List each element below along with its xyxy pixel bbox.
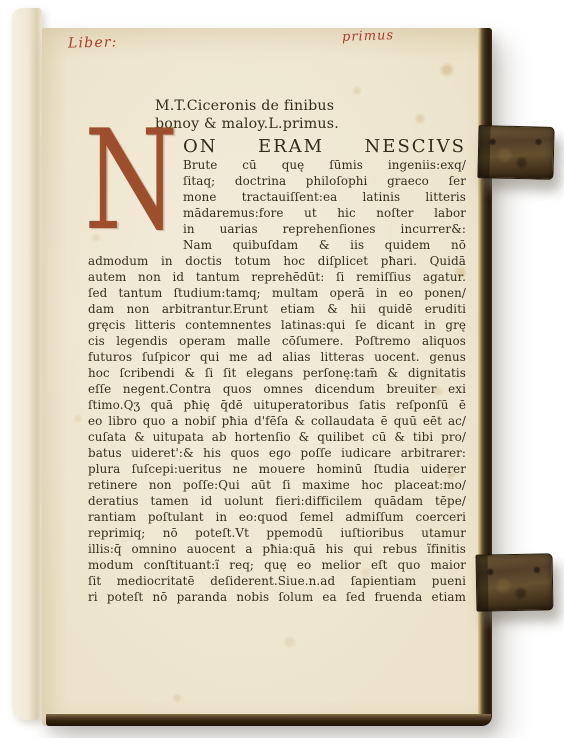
illuminated-initial: N: [84, 112, 178, 250]
curled-flyleaf-edge: [12, 8, 42, 720]
text-line: illis:q̄ omnino auocent a pħia:quā his q…: [88, 541, 466, 557]
chapter-title-line1: M.T.Ciceronis de finibus: [155, 98, 466, 116]
text-line: Brute cū quę ſūmis ingeniis:exq/: [183, 157, 466, 173]
text-line: mone tractauiſſent:ea latinis litteris: [183, 189, 466, 205]
chapter-title: M.T.Ciceronis de finibus bonoy & maloy.L…: [155, 98, 466, 133]
text-line: batus uideret':& his quos ego poſſe iudi…: [88, 445, 466, 461]
text-line: ſit mediocritatē deſiderent.Siue.n.ad ſa…: [88, 573, 466, 589]
text-line: in uarias reprehenſiones incurrer&:: [183, 221, 466, 237]
opening-lines-list: Brute cū quę ſūmis ingeniis:exq/ſitaq; d…: [183, 157, 466, 253]
text-line: eſſe negent.Contra quos omnes dicendum b…: [88, 381, 466, 397]
text-line: cis legendis operam malle cōſumere. Poſt…: [88, 333, 466, 349]
metal-clasp-top: [477, 125, 554, 180]
metal-clasp-bottom: [476, 553, 554, 611]
book-page: Liber: primus M.T.Ciceronis de finibus b…: [42, 28, 492, 726]
cover-bottom-edge: [46, 714, 491, 726]
text-line: ri poteſt nō paranda nobis ſolum ea ſed …: [88, 589, 466, 605]
text-line: reprimiq; nō poteſt.Vt ppemodū iuſtiorib…: [88, 525, 466, 541]
photo-background: Liber: primus M.T.Ciceronis de finibus b…: [0, 0, 564, 738]
incipit-caps-line: ON ERAM NESCIVS: [183, 136, 466, 157]
text-line: ſed tantum ſtudium:tamq; multam operā in…: [88, 285, 466, 301]
text-line: rantiam poſtulant in eo:quod ſemel admiſ…: [88, 509, 466, 525]
text-line: deratius tamen id uolunt fieri:difficile…: [88, 493, 466, 509]
folio-heading-left: Liber:: [68, 34, 118, 51]
body-lines-list: admodum in doctis totum hoc diſplicet pħ…: [88, 253, 466, 605]
text-line: futuros ſuſpicor qui me ad alias littera…: [88, 349, 466, 365]
text-line: Nam quibuſdam & iis quidem nō: [183, 237, 466, 253]
folio-heading-right: primus: [342, 28, 395, 45]
text-line: cuſata & uitupata ab hortenſio & quilibe…: [88, 429, 466, 445]
text-line: modum conſtituant:ĩ req; quę eo melior e…: [88, 557, 466, 573]
text-line: eo libro quo a nobiſ pħia d'fēſa & colla…: [88, 413, 466, 429]
chapter-title-line2: bonoy & maloy.L.primus.: [155, 116, 466, 134]
text-line: dam non arbitrantur.Erunt etiam & hii qu…: [88, 301, 466, 317]
text-line: plura ſuſcepi:ueritus ne mouere hominū ſ…: [88, 461, 466, 477]
text-line: gręcis litteris contemnentes latinas:qui…: [88, 317, 466, 333]
book: Liber: primus M.T.Ciceronis de finibus b…: [12, 8, 492, 726]
text-line: mādaremus:fore ut hic noſter labor: [183, 205, 466, 221]
text-line: ſtimo.Qʒ quā pħię q̄dē uituperatoribus ſ…: [88, 397, 466, 413]
opening-lines: ON ERAM NESCIVS Brute cū quę ſūmis ingen…: [183, 136, 466, 253]
text-line: retinere non poſſe:Qui aūt ſi maxime hoc…: [88, 477, 466, 493]
text-line: ſitaq; doctrina philoſophi graeco ſer: [183, 173, 466, 189]
paragraph: N ON ERAM NESCIVS Brute cū quę ſūmis ing…: [88, 136, 466, 605]
text-block: M.T.Ciceronis de finibus bonoy & maloy.L…: [88, 98, 466, 605]
text-line: hoc ſcribendi & ſi ſit elegans perſonę:t…: [88, 365, 466, 381]
text-line: autem non id tantum reprehēdūt: ſi remiſ…: [88, 269, 466, 285]
